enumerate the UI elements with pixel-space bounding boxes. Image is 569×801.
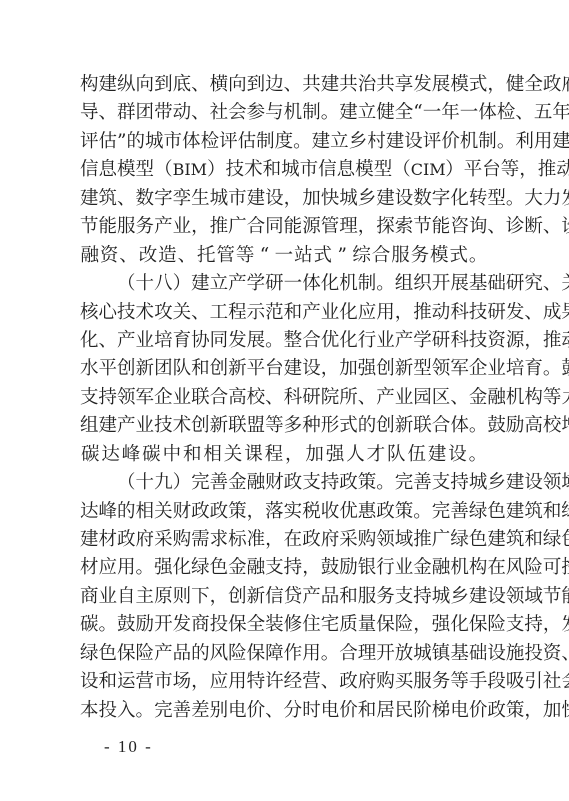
text-line: 构建纵向到底、横向到边、共建共治共享发展模式，健全政府主 bbox=[80, 71, 488, 99]
document-page: 构建纵向到底、横向到边、共建共治共享发展模式，健全政府主导、群团带动、社会参与机… bbox=[0, 0, 569, 801]
text-line: 信息模型（BIM）技术和城市信息模型（CIM）平台等，推动数字 bbox=[80, 156, 488, 184]
text-line: 本投入。完善差别电价、分时电价和居民阶梯电价政策，加快推 bbox=[80, 697, 488, 725]
text-line: 设和运营市场，应用特许经营、政府购买服务等手段吸引社会资 bbox=[80, 668, 488, 696]
text-line: 融资、改造、托管等“一站式”综合服务模式。 bbox=[80, 242, 488, 270]
text-line: 导、群团带动、社会参与机制。建立健全“一年一体检、五年一 bbox=[80, 99, 488, 127]
text-line: 材应用。强化绿色金融支持，鼓励银行业金融机构在风险可控和 bbox=[80, 554, 488, 582]
text-line: 节能服务产业，推广合同能源管理，探索节能咨询、诊断、设计、 bbox=[80, 213, 488, 241]
text-line: 评估”的城市体检评估制度。建立乡村建设评价机制。利用建筑 bbox=[80, 128, 488, 156]
text-line: 化、产业培育协同发展。整合优化行业产学研科技资源，推动高 bbox=[80, 327, 488, 355]
text-line: 支持领军企业联合高校、科研院所、产业园区、金融机构等力量， bbox=[80, 384, 488, 412]
text-line: 绿色保险产品的风险保障作用。合理开放城镇基础设施投资、建 bbox=[80, 640, 488, 668]
body-text: 构建纵向到底、横向到边、共建共治共享发展模式，健全政府主导、群团带动、社会参与机… bbox=[80, 71, 488, 725]
text-line: 建筑、数字孪生城市建设，加快城乡建设数字化转型。大力发展 bbox=[80, 185, 488, 213]
text-line: 达峰的相关财政政策，落实税收优惠政策。完善绿色建筑和绿色 bbox=[80, 498, 488, 526]
text-line: 碳。鼓励开发商投保全装修住宅质量保险，强化保险支持，发挥 bbox=[80, 611, 488, 639]
text-line: 组建产业技术创新联盟等多种形式的创新联合体。鼓励高校增设 bbox=[80, 412, 488, 440]
text-line: 核心技术攻关、工程示范和产业化应用，推动科技研发、成果转 bbox=[80, 299, 488, 327]
page-number: - 10 - bbox=[104, 737, 153, 757]
text-line: 商业自主原则下，创新信贷产品和服务支持城乡建设领域节能降 bbox=[80, 583, 488, 611]
text-line: （十八）建立产学研一体化机制。组织开展基础研究、关键 bbox=[80, 270, 488, 298]
text-line: 碳达峰碳中和相关课程，加强人才队伍建设。 bbox=[80, 441, 488, 469]
text-line: （十九）完善金融财政支持政策。完善支持城乡建设领域碳 bbox=[80, 469, 488, 497]
text-line: 水平创新团队和创新平台建设，加强创新型领军企业培育。鼓励 bbox=[80, 355, 488, 383]
text-line: 建材政府采购需求标准，在政府采购领域推广绿色建筑和绿色建 bbox=[80, 526, 488, 554]
